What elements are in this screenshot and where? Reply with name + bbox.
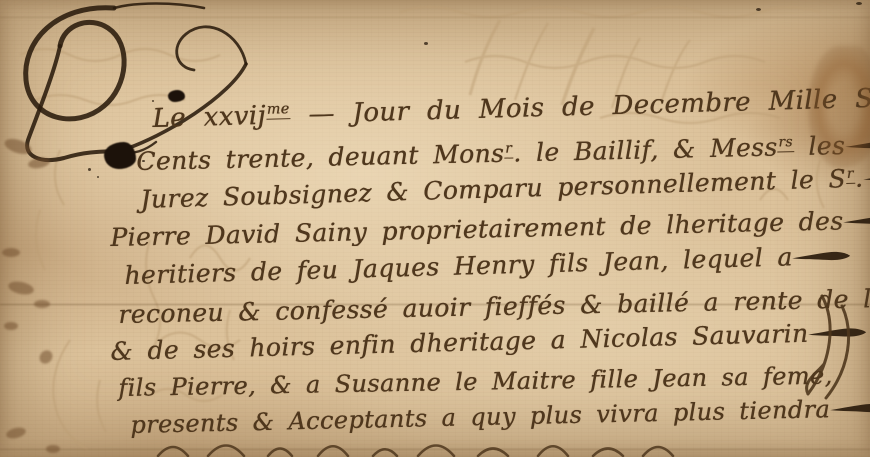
ink-speck	[856, 2, 862, 5]
ink-speck	[424, 42, 428, 45]
manuscript-line-1: Le xxvijme — Jour du Mois de Decembre Mi…	[152, 83, 870, 134]
descender-flourish	[788, 292, 870, 404]
margin-smudge	[46, 445, 60, 453]
manuscript-page: Le xxvijme — Jour du Mois de Decembre Mi…	[0, 0, 870, 457]
manuscript-line-text: heritiers de feu Jaques Henry fils Jean,…	[124, 242, 793, 290]
partial-line	[148, 440, 708, 457]
line-filler-mark	[863, 170, 870, 186]
manuscript-line-text: fils Pierre, & a Susanne le Maitre fille…	[118, 362, 833, 402]
paper-stain	[808, 46, 870, 168]
manuscript-line-text: presents & Acceptants a quy plus vivra p…	[130, 395, 830, 439]
ink-speck	[97, 176, 99, 178]
margin-smudge	[2, 248, 20, 257]
manuscript-line-9: presents & Acceptants a quy plus vivra p…	[130, 395, 852, 439]
margin-smudge	[4, 322, 18, 330]
line-filler-mark	[792, 249, 850, 265]
ink-speck	[88, 168, 91, 171]
ink-speck	[152, 100, 154, 102]
manuscript-line-8: fils Pierre, & a Susanne le Maitre fille…	[118, 362, 833, 402]
ink-speck	[756, 8, 761, 11]
line-filler-mark	[843, 213, 870, 228]
margin-smudge	[34, 300, 50, 308]
manuscript-line-text: Le xxvijme — Jour du Mois de Decembre Mi…	[152, 83, 870, 134]
ink-blot	[104, 142, 136, 169]
ink-speck	[142, 160, 145, 162]
manuscript-text: Le xxvijme — Jour du Mois de Decembre Mi…	[0, 0, 870, 457]
